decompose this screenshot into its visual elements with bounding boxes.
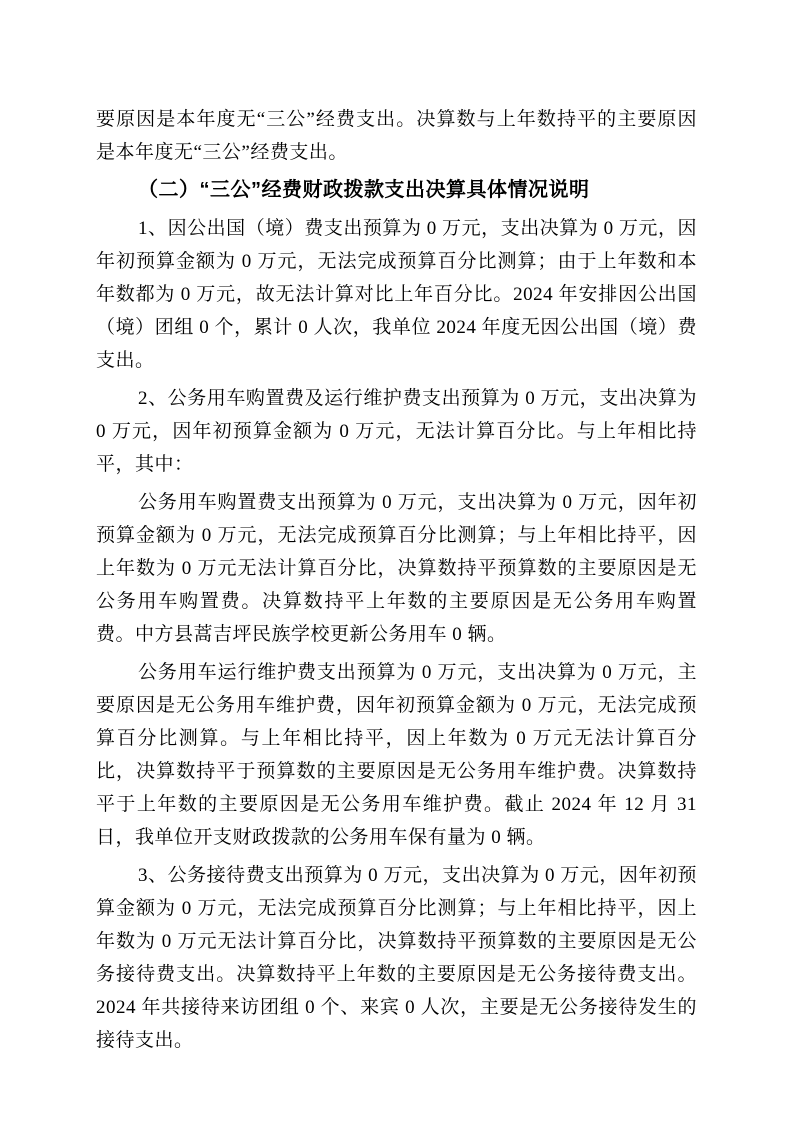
paragraph-vehicle-purchase-detail: 公务用车购置费支出预算为 0 万元，支出决算为 0 万元，因年初预算金额为 0 …	[96, 486, 697, 651]
paragraph-vehicle-maintenance-detail: 公务用车运行维护费支出预算为 0 万元，支出决算为 0 万元，主要原因是无公务用…	[96, 656, 697, 854]
section-heading: （二）“三公”经费财政拨款支出决算具体情况说明	[96, 174, 697, 207]
paragraph-official-vehicle-expense: 2、公务用车购置费及运行维护费支出预算为 0 万元，支出决算为 0 万元，因年初…	[96, 382, 697, 481]
paragraph-official-reception-expense: 3、公务接待费支出预算为 0 万元，支出决算为 0 万元，因年初预算金额为 0 …	[96, 859, 697, 1057]
paragraph-overseas-travel-expense: 1、因公出国（境）费支出预算为 0 万元，支出决算为 0 万元，因年初预算金额为…	[96, 212, 697, 377]
document-page: 要原因是本年度无“三公”经费支出。决算数与上年数持平的主要原因是本年度无“三公”…	[0, 0, 793, 1122]
paragraph-carryover: 要原因是本年度无“三公”经费支出。决算数与上年数持平的主要原因是本年度无“三公”…	[96, 103, 697, 169]
